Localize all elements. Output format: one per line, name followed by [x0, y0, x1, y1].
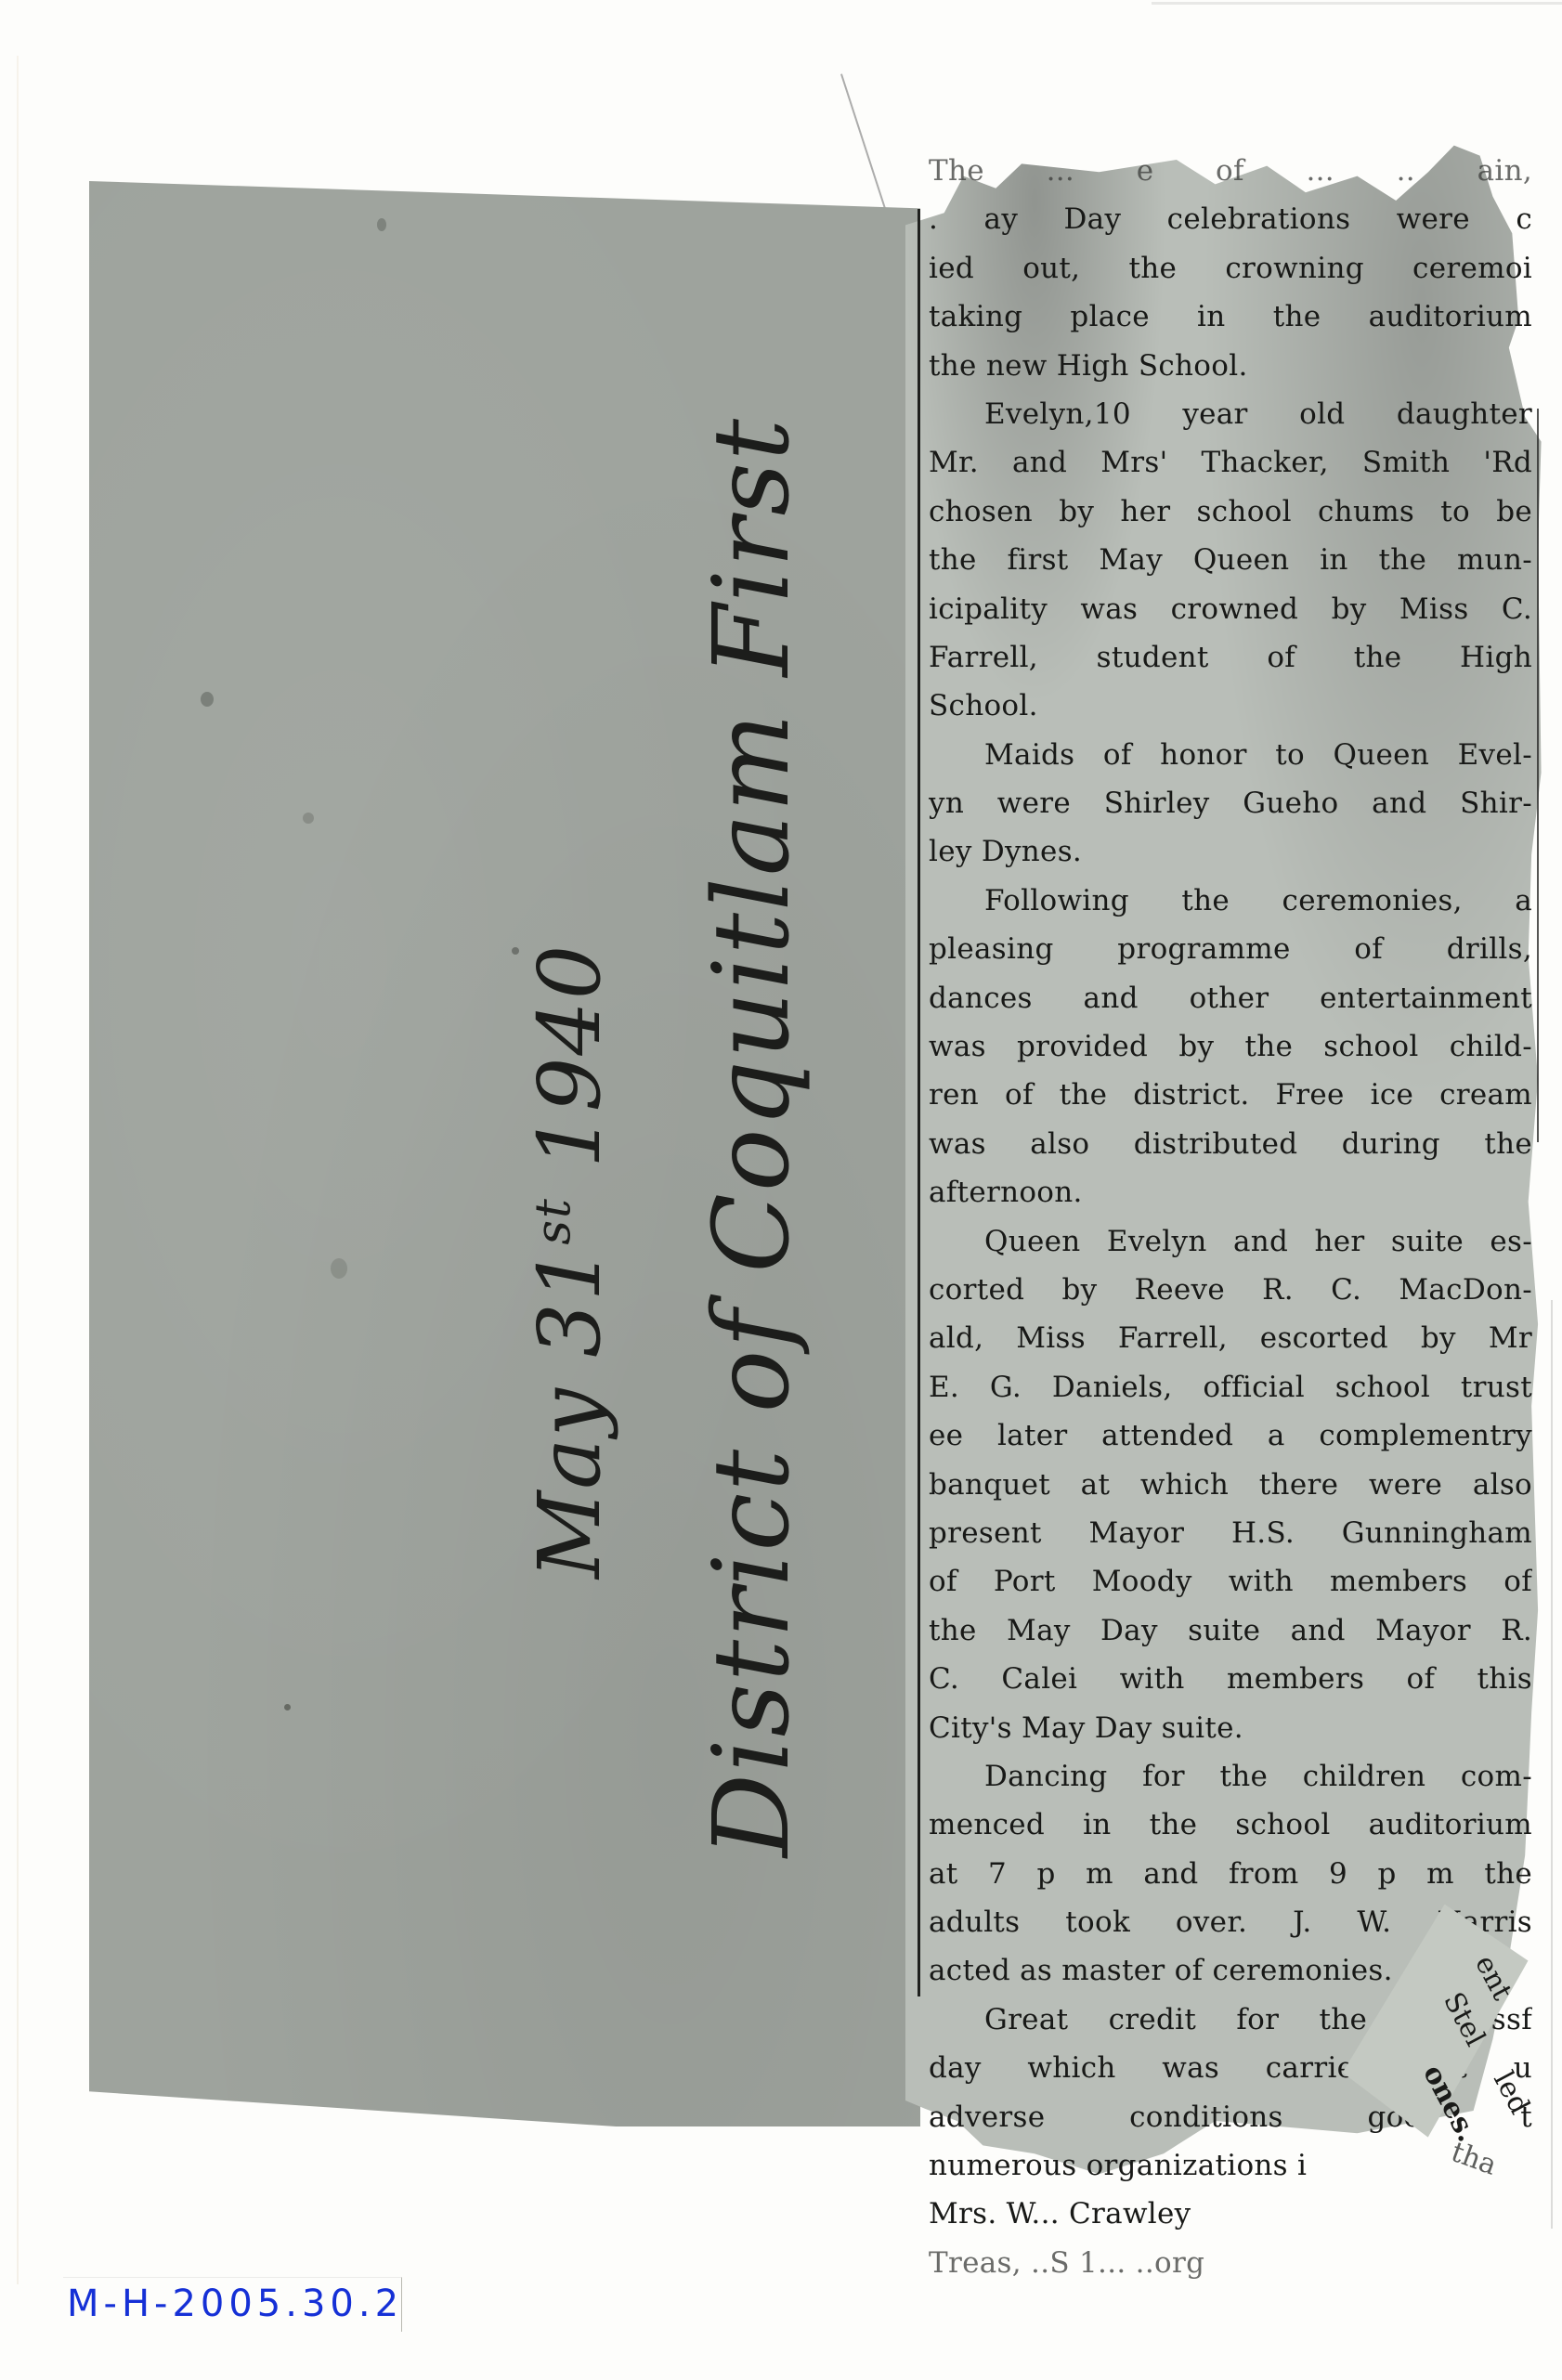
- article-line: . ay Day celebrations were c: [929, 195, 1532, 243]
- mount-speck: [284, 1704, 291, 1710]
- article-line: dances and other entertainment: [929, 974, 1532, 1022]
- article-line: Dancing for the children com-: [929, 1752, 1532, 1801]
- article-line: present Mayor H.S. Gunningham: [929, 1509, 1532, 1557]
- handwritten-date-suffix: st: [526, 1197, 581, 1245]
- article-line: pleasing programme of drills,: [929, 925, 1532, 973]
- article-line: Farrell, student of the High: [929, 633, 1532, 682]
- article-line: City's May Day suite.: [929, 1704, 1532, 1752]
- mount-speck: [512, 947, 519, 955]
- article-line: afternoon.: [929, 1168, 1532, 1216]
- article-line: of Port Moody with members of: [929, 1557, 1532, 1606]
- article-line: chosen by her school chums to be: [929, 488, 1532, 536]
- article-line: The ... e of ... .. ain,: [929, 147, 1532, 195]
- article-line: banquet at which there were also: [929, 1461, 1532, 1509]
- mount-speck: [331, 1258, 347, 1279]
- article-line: the May Day suite and Mayor R.: [929, 1606, 1532, 1655]
- article-line: yn were Shirley Gueho and Shir-: [929, 779, 1532, 827]
- column-rule-left: [918, 209, 920, 1996]
- article-line: ald, Miss Farrell, escorted by Mr: [929, 1314, 1532, 1362]
- article-line: Mr. and Mrs' Thacker, Smith 'Rd: [929, 438, 1532, 487]
- article-line: the new High School.: [929, 342, 1532, 390]
- article-line: Queen Evelyn and her suite es-: [929, 1217, 1532, 1266]
- article-line: at 7 p m and from 9 p m the: [929, 1850, 1532, 1898]
- article-line: numerous organizations i: [929, 2141, 1532, 2190]
- article-line: corted by Reeve R. C. MacDon-: [929, 1266, 1532, 1314]
- article-line: Following the ceremonies, a: [929, 877, 1532, 925]
- article-line: taking place in the auditorium: [929, 293, 1532, 341]
- article-line: was provided by the school child-: [929, 1022, 1532, 1071]
- article-line: Maids of honor to Queen Evel-: [929, 731, 1532, 779]
- article-line: menced in the school auditorium: [929, 1801, 1532, 1849]
- article-line: ley Dynes.: [929, 827, 1532, 876]
- article-line: ren of the district. Free ice cream: [929, 1071, 1532, 1119]
- article-line: was also distributed during the: [929, 1120, 1532, 1168]
- mount-speck: [201, 692, 214, 707]
- handwritten-date: May 31st 1940: [520, 943, 619, 1579]
- article-line: School.: [929, 682, 1532, 730]
- article-line: C. Calei with members of this: [929, 1655, 1532, 1703]
- article-line: the first May Queen in the mun-: [929, 536, 1532, 584]
- handwritten-date-month-day: May 31: [520, 1245, 619, 1579]
- article-line: icipality was crowned by Miss C.: [929, 585, 1532, 633]
- scan-edge-left: [17, 56, 19, 2284]
- handwritten-date-year: 1940: [520, 943, 619, 1168]
- article-line: Treas, ..S 1... ..org: [929, 2239, 1532, 2287]
- article-line: E. G. Daniels, official school trust: [929, 1363, 1532, 1411]
- scan-edge-right: [1551, 1300, 1553, 2229]
- scan-edge-top: [1152, 2, 1562, 5]
- mount-speck: [377, 218, 386, 231]
- article-line: ee later attended a complementry: [929, 1411, 1532, 1460]
- article-line: Evelyn,10 year old daughter: [929, 390, 1532, 438]
- article-line: ied out, the crowning ceremoi: [929, 244, 1532, 293]
- catalog-number: M-H-2005.30.2: [67, 2282, 403, 2325]
- handwritten-place-note: District of Coquitlam First: [692, 417, 813, 1857]
- mount-speck: [303, 813, 314, 824]
- column-rule-right: [1537, 409, 1539, 1142]
- article-line: Mrs. W... Crawley: [929, 2190, 1532, 2238]
